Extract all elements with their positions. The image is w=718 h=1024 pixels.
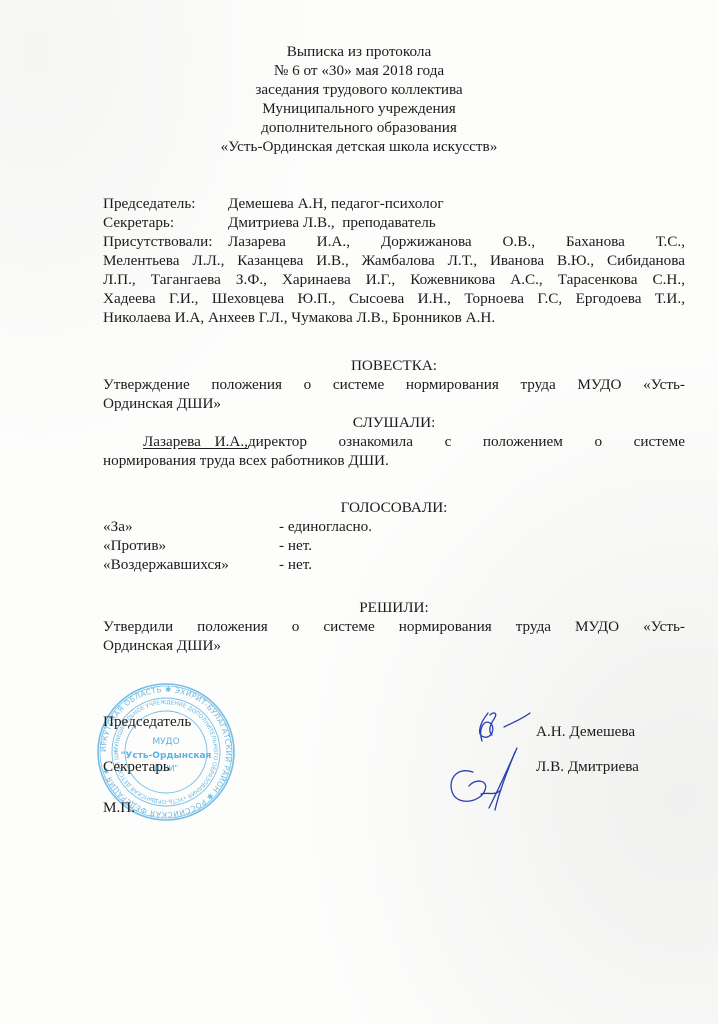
chair-value: Демешева А.Н, педагог-психолог (228, 194, 444, 213)
voting-heading: ГОЛОСОВАЛИ: (103, 498, 685, 517)
present-line: Мелентьева Л.Л., Казанцева И.В., Жамбало… (103, 251, 685, 270)
voting-section: ГОЛОСОВАЛИ: «За» - единогласно. «Против»… (103, 498, 685, 574)
heard-heading: СЛУШАЛИ: (103, 413, 685, 432)
participants-section: Председатель: Демешева А.Н, педагог-псих… (103, 194, 685, 327)
present-line: Николаева И.А, Анхеев Г.Л., Чумакова Л.В… (103, 308, 685, 327)
decision-text: Ординская ДШИ» (103, 636, 685, 655)
present-row: Присутствовали: Лазарева И.А., Доржижано… (103, 232, 685, 251)
header-line: № 6 от «30» мая 2018 года (0, 61, 718, 80)
vote-row-abstain: «Воздержавшихся» - нет. (103, 555, 685, 574)
agenda-section: ПОВЕСТКА: Утверждение положения о систем… (103, 356, 685, 470)
chair-label: Председатель: (103, 194, 228, 213)
header-line: дополнительного образования (0, 118, 718, 137)
vote-row-for: «За» - единогласно. (103, 517, 685, 536)
vote-label: «За» (103, 517, 279, 536)
svg-text:МУДО: МУДО (152, 737, 179, 747)
heard-text-rest: директор ознакомила с положением о систе… (248, 432, 685, 451)
vote-value: - нет. (279, 536, 312, 555)
heard-text-line2: нормирования труда всех работников ДШИ. (103, 451, 685, 470)
secretary-value: Дмитриева Л.В., преподаватель (228, 213, 436, 232)
agenda-heading: ПОВЕСТКА: (103, 356, 685, 375)
chair-row: Председатель: Демешева А.Н, педагог-псих… (103, 194, 685, 213)
chair-name: А.Н. Демешева (536, 723, 635, 741)
chair-sign-label: Председатель (103, 712, 191, 731)
agenda-text: Ординская ДШИ» (103, 394, 685, 413)
secretary-row: Секретарь: Дмитриева Л.В., преподаватель (103, 213, 685, 232)
secretary-label: Секретарь: (103, 213, 228, 232)
secretary-signature-icon (445, 742, 535, 814)
secretary-name: Л.В. Дмитриева (536, 758, 639, 776)
present-line: Лазарева И.А., Доржижанова О.В., Баханов… (228, 232, 685, 251)
secretary-sign-label: Секретарь (103, 757, 170, 776)
decision-heading: РЕШИЛИ: (103, 598, 685, 617)
vote-label: «Против» (103, 536, 279, 555)
present-line: Хадеева Г.И., Шеховцева Ю.П., Сысоева И.… (103, 289, 685, 308)
present-label: Присутствовали: (103, 232, 228, 251)
document-page: Выписка из протокола № 6 от «30» мая 201… (0, 0, 718, 1024)
vote-value: - нет. (279, 555, 312, 574)
header-line: «Усть-Ординская детская школа искусств» (0, 137, 718, 156)
decision-text: Утвердили положения о системе нормирован… (103, 617, 685, 636)
seal-label: М.П. (103, 798, 135, 817)
header-line: заседания трудового коллектива (0, 80, 718, 99)
vote-label: «Воздержавшихся» (103, 555, 279, 574)
heard-text: Лазарева И.А., директор ознакомила с пол… (103, 432, 685, 451)
vote-value: - единогласно. (279, 517, 372, 536)
agenda-text: Утверждение положения о системе нормиров… (103, 375, 685, 394)
speaker-name: Лазарева И.А., (143, 432, 248, 451)
decision-section: РЕШИЛИ: Утвердили положения о системе но… (103, 598, 685, 655)
header-line: Выписка из протокола (0, 42, 718, 61)
header-line: Муниципального учреждения (0, 99, 718, 118)
vote-row-against: «Против» - нет. (103, 536, 685, 555)
document-header: Выписка из протокола № 6 от «30» мая 201… (0, 42, 718, 156)
present-line: Л.П., Тагангаева З.Ф., Харинаева И.Г., К… (103, 270, 685, 289)
